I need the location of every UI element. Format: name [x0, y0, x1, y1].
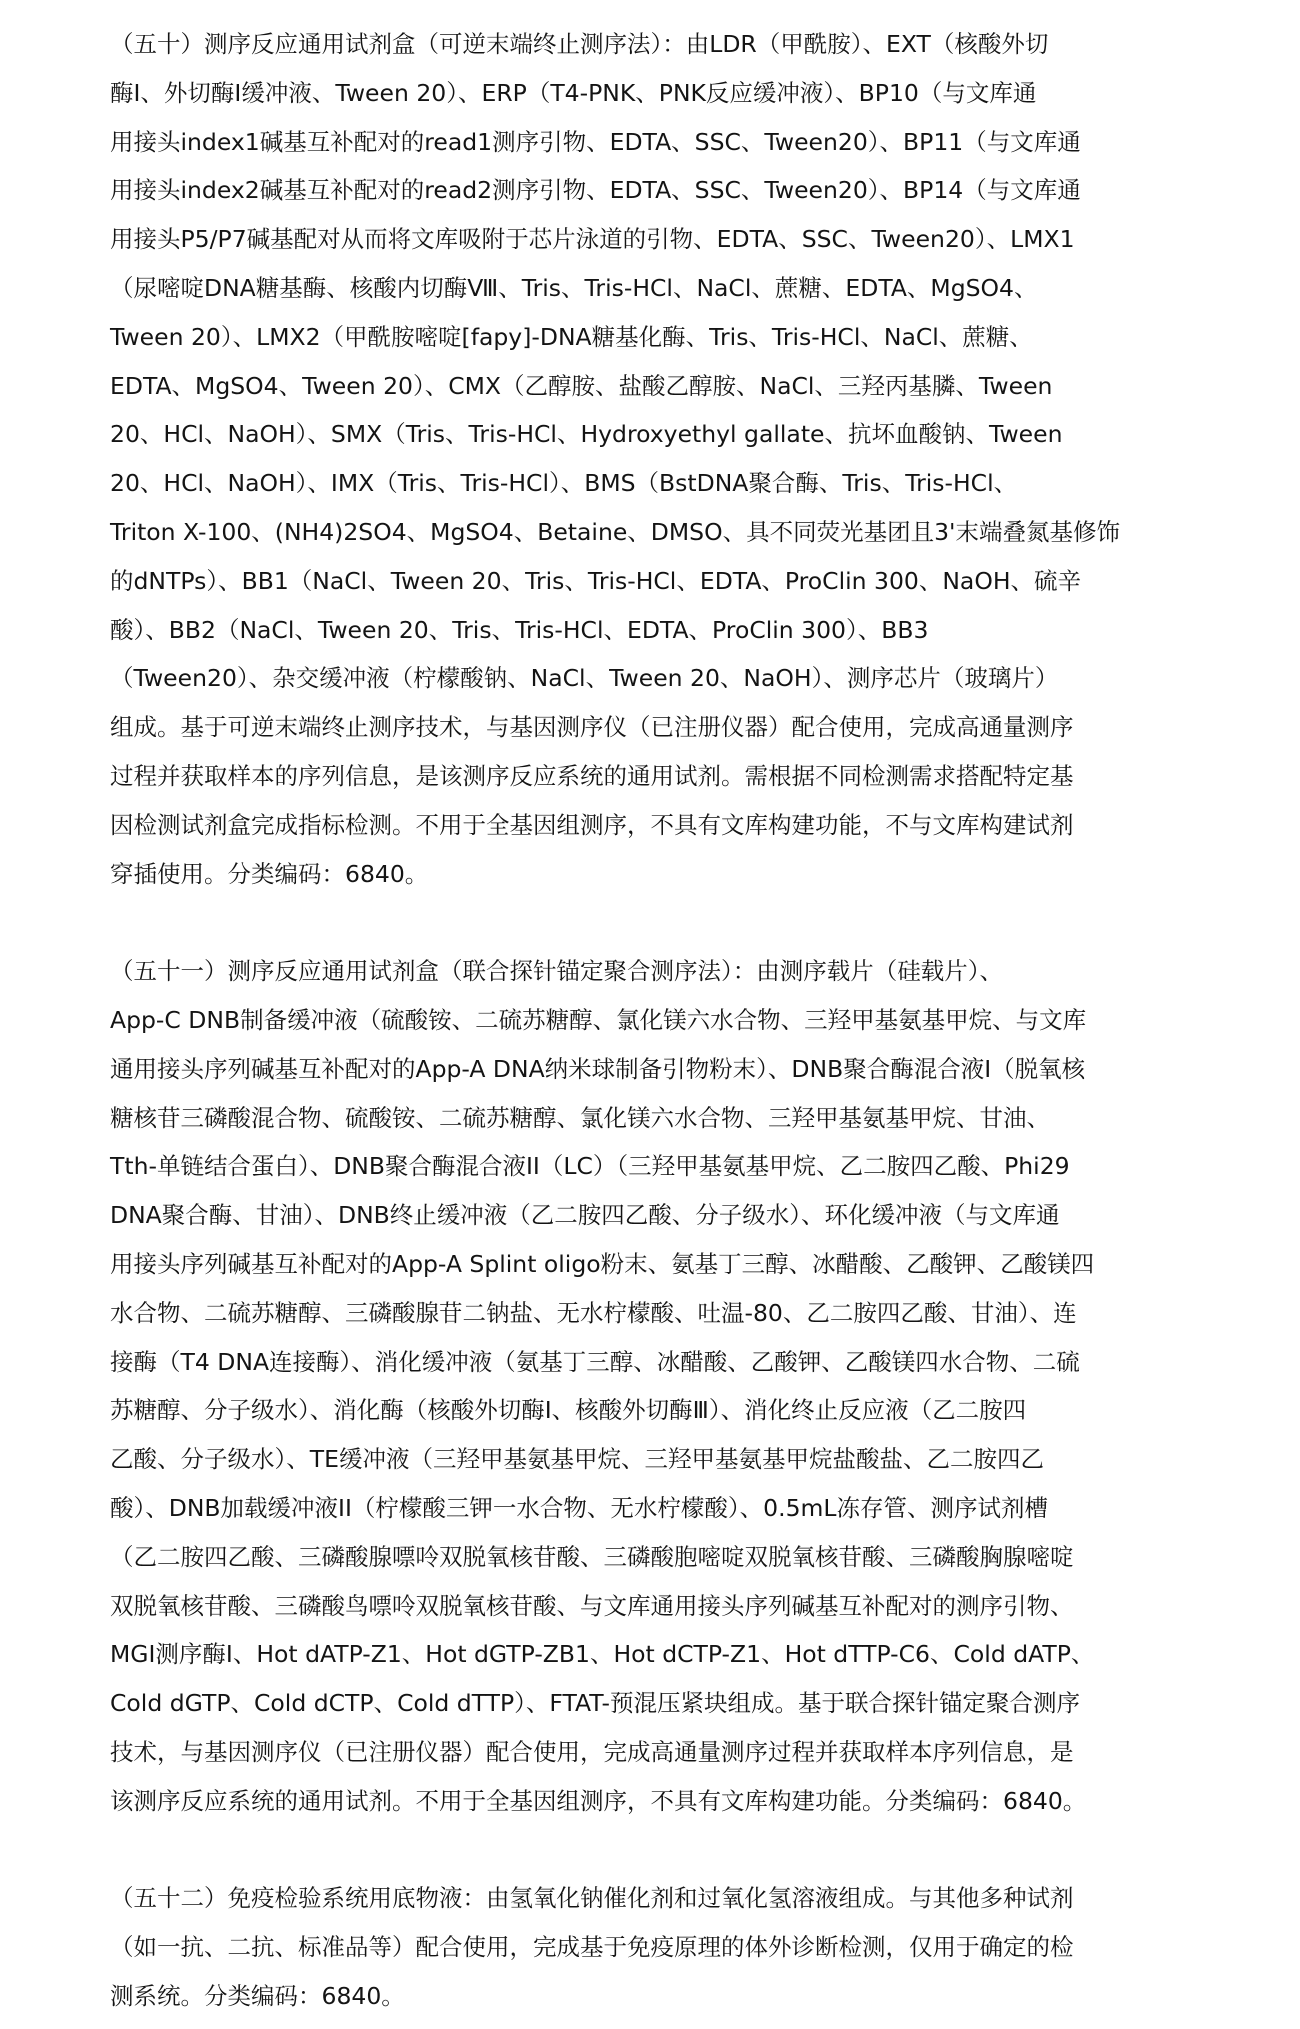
text-line: 苏糖醇、分子级水）、消化酶（核酸外切酶Ⅰ、核酸外切酶Ⅲ）、消化终止反应液（乙二胺…	[110, 1386, 1200, 1435]
text-line: 酸）、BB2（NaCl、Tween 20、Tris、Tris-HCl、EDTA、…	[110, 606, 1200, 655]
text-line: （五十一）测序反应通用试剂盒（联合探针锚定聚合测序法）：由测序载片（硅载片）、	[110, 947, 1200, 996]
text-line: （五十二）免疫检验系统用底物液：由氢氧化钠催化剂和过氧化氢溶液组成。与其他多种试…	[110, 1874, 1200, 1923]
text-line: 20、HCl、NaOH）、SMX（Tris、Tris-HCl、Hydroxyet…	[110, 410, 1200, 459]
text-line: Tth-单链结合蛋白）、DNB聚合酶混合液II（LC）（三羟甲基氨基甲烷、乙二胺…	[110, 1142, 1200, 1191]
paragraph-item-50: （五十）测序反应通用试剂盒（可逆末端终止测序法）：由LDR（甲酰胺）、EXT（核…	[110, 20, 1200, 898]
text-line: （乙二胺四乙酸、三磷酸腺嘌呤双脱氧核苷酸、三磷酸胞嘧啶双脱氧核苷酸、三磷酸胸腺嘧…	[110, 1533, 1200, 1582]
text-line: 接酶（T4 DNA连接酶）、消化缓冲液（氨基丁三醇、冰醋酸、乙酸钾、乙酸镁四水合…	[110, 1338, 1200, 1387]
text-line: （如一抗、二抗、标准品等）配合使用，完成基于免疫原理的体外诊断检测，仅用于确定的…	[110, 1923, 1200, 1972]
text-line: EDTA、MgSO4、Tween 20）、CMX（乙醇胺、盐酸乙醇胺、NaCl、…	[110, 362, 1200, 411]
text-line: （五十）测序反应通用试剂盒（可逆末端终止测序法）：由LDR（甲酰胺）、EXT（核…	[110, 20, 1200, 69]
text-line: 水合物、二硫苏糖醇、三磷酸腺苷二钠盐、无水柠檬酸、吐温-80、乙二胺四乙酸、甘油…	[110, 1289, 1200, 1338]
text-line: 糖核苷三磷酸混合物、硫酸铵、二硫苏糖醇、氯化镁六水合物、三羟甲基氨基甲烷、甘油、	[110, 1094, 1200, 1143]
text-line: 用接头序列碱基互补配对的App-A Splint oligo粉末、氨基丁三醇、冰…	[110, 1240, 1200, 1289]
text-line: 组成。基于可逆末端终止测序技术，与基因测序仪（已注册仪器）配合使用，完成高通量测…	[110, 703, 1200, 752]
text-line: Tween 20）、LMX2（甲酰胺嘧啶[fapy]-DNA糖基化酶、Tris、…	[110, 313, 1200, 362]
text-line: 测系统。分类编码：6840。	[110, 1972, 1200, 2021]
text-line: 穿插使用。分类编码：6840。	[110, 850, 1200, 899]
text-line: 的dNTPs）、BB1（NaCl、Tween 20、Tris、Tris-HCl、…	[110, 557, 1200, 606]
text-line: 用接头index2碱基互补配对的read2测序引物、EDTA、SSC、Tween…	[110, 166, 1200, 215]
paragraph-item-51: （五十一）测序反应通用试剂盒（联合探针锚定聚合测序法）：由测序载片（硅载片）、 …	[110, 947, 1200, 1825]
text-line: 20、HCl、NaOH）、IMX（Tris、Tris-HCl）、BMS（BstD…	[110, 459, 1200, 508]
text-line: 酶Ⅰ、外切酶Ⅰ缓冲液、Tween 20）、ERP（T4-PNK、PNK反应缓冲液…	[110, 69, 1200, 118]
text-line: 过程并获取样本的序列信息，是该测序反应系统的通用试剂。需根据不同检测需求搭配特定…	[110, 752, 1200, 801]
text-line: DNA聚合酶、甘油）、DNB终止缓冲液（乙二胺四乙酸、分子级水）、环化缓冲液（与…	[110, 1191, 1200, 1240]
text-line: Cold dGTP、Cold dCTP、Cold dTTP）、FTAT-预混压紧…	[110, 1679, 1200, 1728]
text-line: 双脱氧核苷酸、三磷酸鸟嘌呤双脱氧核苷酸、与文库通用接头序列碱基互补配对的测序引物…	[110, 1582, 1200, 1631]
paragraph-item-52: （五十二）免疫检验系统用底物液：由氢氧化钠催化剂和过氧化氢溶液组成。与其他多种试…	[110, 1874, 1200, 2020]
text-line: 乙酸、分子级水）、TE缓冲液（三羟甲基氨基甲烷、三羟甲基氨基甲烷盐酸盐、乙二胺四…	[110, 1435, 1200, 1484]
paragraph-spacer	[110, 898, 1200, 947]
text-line: 通用接头序列碱基互补配对的App-A DNA纳米球制备引物粉末）、DNB聚合酶混…	[110, 1045, 1200, 1094]
text-line: 因检测试剂盒完成指标检测。不用于全基因组测序，不具有文库构建功能，不与文库构建试…	[110, 801, 1200, 850]
paragraph-spacer	[110, 1825, 1200, 1874]
text-line: 技术，与基因测序仪（已注册仪器）配合使用，完成高通量测序过程并获取样本序列信息，…	[110, 1728, 1200, 1777]
text-line: MGI测序酶I、Hot dATP-Z1、Hot dGTP-ZB1、Hot dCT…	[110, 1630, 1200, 1679]
text-line: 用接头index1碱基互补配对的read1测序引物、EDTA、SSC、Tween…	[110, 118, 1200, 167]
text-line: 用接头P5/P7碱基配对从而将文库吸附于芯片泳道的引物、EDTA、SSC、Twe…	[110, 215, 1200, 264]
text-line: 该测序反应系统的通用试剂。不用于全基因组测序，不具有文库构建功能。分类编码：68…	[110, 1777, 1200, 1826]
text-line: Triton X-100、(NH4)2SO4、MgSO4、Betaine、DMS…	[110, 508, 1200, 557]
text-line: 酸）、DNB加载缓冲液II（柠檬酸三钾一水合物、无水柠檬酸）、0.5mL冻存管、…	[110, 1484, 1200, 1533]
text-line: （Tween20）、杂交缓冲液（柠檬酸钠、NaCl、Tween 20、NaOH）…	[110, 654, 1200, 703]
text-line: App-C DNB制备缓冲液（硫酸铵、二硫苏糖醇、氯化镁六水合物、三羟甲基氨基甲…	[110, 996, 1200, 1045]
text-line: （尿嘧啶DNA糖基酶、核酸内切酶Ⅷ、Tris、Tris-HCl、NaCl、蔗糖、…	[110, 264, 1200, 313]
document-body: （五十）测序反应通用试剂盒（可逆末端终止测序法）：由LDR（甲酰胺）、EXT（核…	[110, 20, 1200, 2021]
